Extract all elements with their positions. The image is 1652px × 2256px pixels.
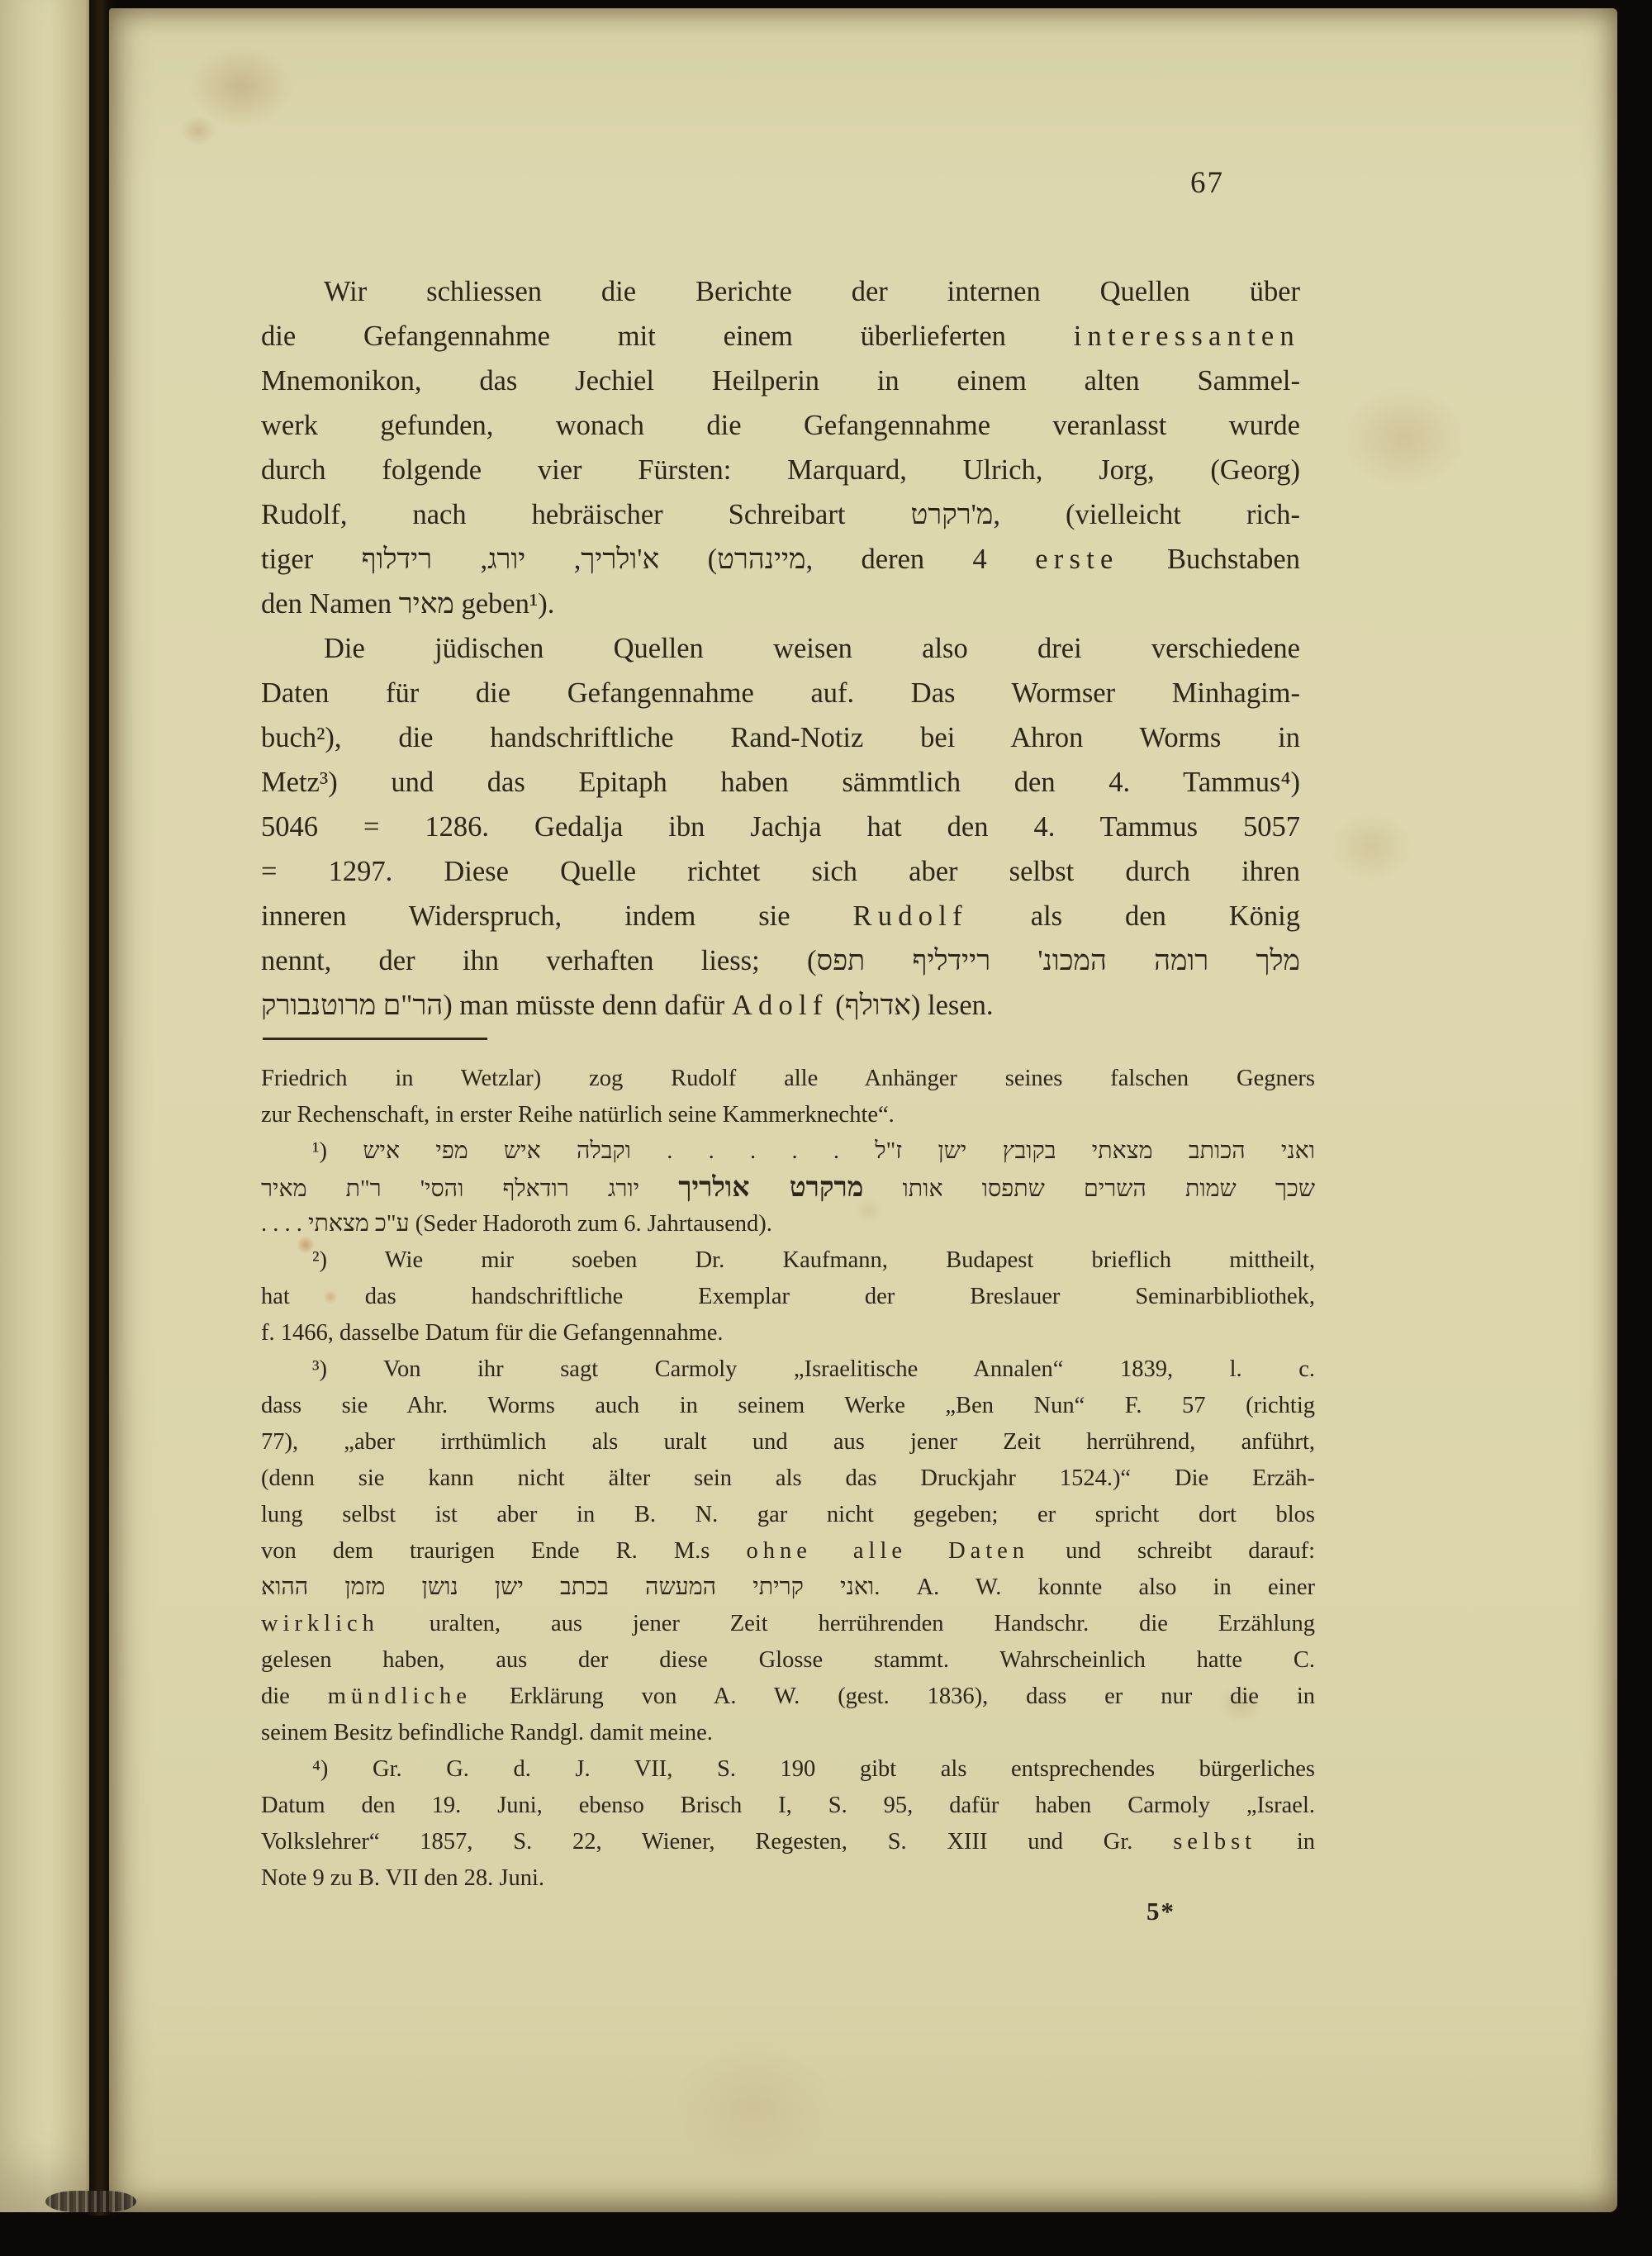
text-line-hebrew-mixed: . . . . ע"כ מצאתי (Seder Hadoroth zum 6.… (261, 1206, 1315, 1242)
spaced-emphasis: interessanten (1074, 321, 1300, 352)
hebrew-emphasis: מרקרט אולריך (678, 1173, 863, 1203)
text-segment: Buchstaben (1119, 544, 1300, 575)
text-line: Volkslehrer“ 1857, S. 22, Wiener, Regest… (261, 1824, 1315, 1860)
text-segment: (אדולף) lesen. (828, 990, 994, 1021)
text-line: gelesen haben, aus der diese Glosse stam… (261, 1642, 1315, 1679)
text-line-hebrew: ¹) ואני הכותב מצאתי בקובץ ישן ז"ל . . . … (261, 1133, 1315, 1170)
text-segment: von dem traurigen Ende R. M.s (261, 1538, 747, 1564)
hebrew-text: שכך שמות השרים שתפסו אותו (863, 1176, 1315, 1202)
book-scan-page: { "page": { "number": "67", "signature_m… (0, 0, 1652, 2256)
text-line: hat das handschriftliche Exemplar der Br… (261, 1279, 1315, 1315)
text-line: Datum den 19. Juni, ebenso Brisch I, S. … (261, 1788, 1315, 1824)
footnote-1: ¹) ואני הכותב מצאתי בקובץ ישן ז"ל . . . … (261, 1133, 1315, 1242)
text-line: ³) Von ihr sagt Carmoly „Israelitische A… (261, 1351, 1315, 1388)
text-segment: in (1256, 1829, 1315, 1855)
footnote-4: ⁴) Gr. G. d. J. VII, S. 190 gibt als ent… (261, 1751, 1315, 1897)
text-line-hebrew-mixed: tiger מיינהרט) א'ולריך, יורג, רידלוף, de… (261, 537, 1300, 582)
text-line: Mnemonikon, das Jechiel Heilperin in ein… (261, 359, 1300, 403)
text-line: Die jüdischen Quellen weisen also drei v… (261, 626, 1300, 671)
hebrew-text: הר"ם מרוטנבורק) man müsste denn dafür (261, 990, 732, 1021)
text-line: durch folgende vier Fürsten: Marquard, U… (261, 448, 1300, 492)
text-line: 5046 = 1286. Gedalja ibn Jachja hat den … (261, 805, 1300, 849)
hebrew-text: יורג רודאלף והסי' ר"ת מאיר (261, 1176, 678, 1202)
text-line: zur Rechenschaft, in erster Reihe natürl… (261, 1097, 1315, 1133)
text-line: wirklich uralten, aus jener Zeit herrühr… (261, 1606, 1315, 1642)
text-segment: als den König (968, 900, 1300, 932)
text-line: (denn sie kann nicht älter sein als das … (261, 1460, 1315, 1497)
text-line: die mündliche Erklärung von A. W. (gest.… (261, 1679, 1315, 1715)
spaced-emphasis: erste (1035, 544, 1118, 575)
footnotes: Friedrich in Wetzlar) zog Rudolf alle An… (261, 1061, 1315, 1897)
text-line: Friedrich in Wetzlar) zog Rudolf alle An… (261, 1061, 1315, 1097)
text-line-hebrew: שכך שמות השרים שתפסו אותו מרקרט אולריך י… (261, 1170, 1315, 1206)
spaced-emphasis: Rudolf (853, 900, 968, 932)
text-line: dass sie Ahr. Worms auch in seinem Werke… (261, 1388, 1315, 1424)
signature-mark: 5* (1146, 1897, 1175, 1926)
page-content: 67 Wir schliessen die Berichte der inter… (0, 0, 1652, 2256)
text-line: f. 1466, dasselbe Datum für die Gefangen… (261, 1315, 1315, 1351)
text-line: von dem traurigen Ende R. M.s ohne alle … (261, 1533, 1315, 1570)
text-segment: die (261, 1684, 328, 1709)
text-segment: Volkslehrer“ 1857, S. 22, Wiener, Regest… (261, 1829, 1173, 1855)
text-segment: uralten, aus jener Zeit herrührenden Han… (379, 1611, 1315, 1636)
text-line-hebrew-mixed: Rudolf, nach hebräischer Schreibart מ'רק… (261, 492, 1300, 537)
text-line: 77), „aber irrthümlich als uralt und aus… (261, 1424, 1315, 1460)
text-line: ⁴) Gr. G. d. J. VII, S. 190 gibt als ent… (261, 1751, 1315, 1788)
text-line: Note 9 zu B. VII den 28. Juni. (261, 1860, 1315, 1897)
text-segment: Erklärung von A. W. (gest. 1836), dass e… (472, 1684, 1315, 1709)
text-line-hebrew-mixed: ואני קריתי המעשה בכתב ישן נושן מזמן ההוא… (261, 1570, 1315, 1606)
footnote-separator (263, 1038, 487, 1040)
spaced-emphasis: Adolf (732, 990, 828, 1021)
text-line: inneren Widerspruch, indem sie Rudolf al… (261, 894, 1300, 938)
text-segment: inneren Widerspruch, indem sie (261, 900, 853, 932)
main-text: Wir schliessen die Berichte der internen… (261, 269, 1300, 1028)
text-line-hebrew-mixed: nennt, der ihn verhaften liess; (מלך רומ… (261, 938, 1300, 983)
footnote-2: ²) Wie mir soeben Dr. Kaufmann, Budapest… (261, 1242, 1315, 1351)
text-line: werk gefunden, wonach die Gefangennahme … (261, 403, 1300, 448)
page-number: 67 (1190, 165, 1224, 201)
text-line: = 1297. Diese Quelle richtet sich aber s… (261, 849, 1300, 894)
text-line: Metz³) und das Epitaph haben sämmtlich d… (261, 760, 1300, 805)
text-line: Wir schliessen die Berichte der internen… (261, 269, 1300, 314)
text-line-hebrew-mixed: den Namen מאיר geben¹). (261, 582, 1300, 626)
spaced-emphasis: ohne alle Daten (747, 1538, 1030, 1564)
text-line: ²) Wie mir soeben Dr. Kaufmann, Budapest… (261, 1242, 1315, 1279)
spaced-emphasis: selbst (1173, 1829, 1256, 1855)
text-segment: tiger מיינהרט) א'ולריך, יורג, רידלוף, de… (261, 544, 1035, 575)
footnote-3: ³) Von ihr sagt Carmoly „Israelitische A… (261, 1351, 1315, 1751)
text-line: seinem Besitz befindliche Randgl. damit … (261, 1715, 1315, 1751)
text-segment: und schreibt darauf: (1029, 1538, 1315, 1564)
paragraph-2: Die jüdischen Quellen weisen also drei v… (261, 626, 1300, 1028)
footnote-carryover: Friedrich in Wetzlar) zog Rudolf alle An… (261, 1061, 1315, 1133)
text-line: lung selbst ist aber in B. N. gar nicht … (261, 1497, 1315, 1533)
text-line: die Gefangennahme mit einem überlieferte… (261, 314, 1300, 359)
paragraph-1: Wir schliessen die Berichte der internen… (261, 269, 1300, 626)
text-segment: die Gefangennahme mit einem überlieferte… (261, 321, 1074, 352)
spaced-emphasis: wirklich (261, 1611, 379, 1636)
spaced-emphasis: mündliche (328, 1684, 472, 1709)
text-line-hebrew-mixed: הר"ם מרוטנבורק) man müsste denn dafür Ad… (261, 983, 1300, 1028)
text-line: Daten für die Gefangennahme auf. Das Wor… (261, 671, 1300, 715)
text-line: buch²), die handschriftliche Rand-Notiz … (261, 715, 1300, 760)
